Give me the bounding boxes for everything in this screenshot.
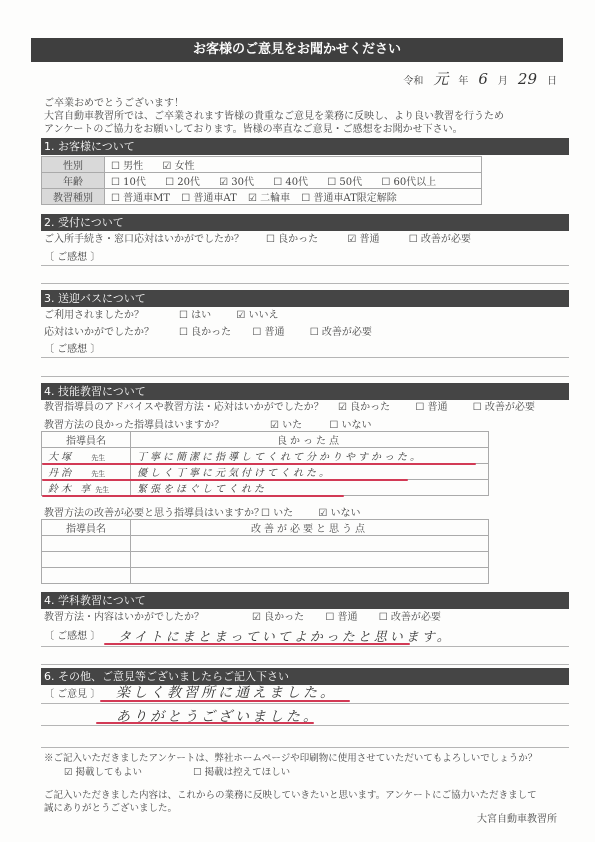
date-day: 29	[518, 70, 537, 88]
skill-good-checkbox[interactable]: ☑ 良かった	[338, 401, 390, 414]
bus-good-checkbox[interactable]: ☐ 良かった	[179, 326, 231, 339]
age-10s-checkbox[interactable]: ☐ 10代	[111, 173, 146, 188]
table-row	[42, 552, 489, 568]
bus-normal-checkbox[interactable]: ☐ 普通	[252, 326, 284, 339]
age-40s-checkbox[interactable]: ☐ 40代	[273, 173, 308, 188]
section2-options: ☐ 良かった ☑ 普通 ☐ 改善が必要	[266, 233, 487, 246]
instructor-name-cell[interactable]: 鈴木 享先生	[42, 480, 131, 496]
reception-good-checkbox[interactable]: ☐ 良かった	[266, 233, 318, 246]
section3-comment-line-2[interactable]	[41, 376, 569, 377]
section6-rule-2	[41, 725, 569, 726]
intro-line-3: アンケートのご協力をお願いしております。皆様の率直なご意見・ご感想をお聞かせ下さ…	[44, 123, 463, 136]
publish-deny-checkbox[interactable]: ☐ 掲載は控えてほしい	[193, 766, 290, 779]
bus-improve-checkbox[interactable]: ☐ 改善が必要	[310, 326, 372, 339]
section3-q1: ご利用されましたか？	[44, 309, 144, 322]
instructor-name-cell[interactable]	[42, 568, 131, 584]
publish-options: ☑ 掲載してもよい ☐ 掲載は控えてほしい	[64, 766, 306, 779]
section5-question: 教習方法・内容はいかがでしたか？	[44, 611, 204, 624]
section3-header: 3. 送迎バスについて	[41, 290, 569, 307]
section5-comment-line-2	[41, 664, 569, 665]
good-table-header-name: 指導員名	[42, 432, 131, 448]
skill-improve-checkbox[interactable]: ☐ 改善が必要	[473, 401, 535, 414]
improve-table-header-name: 指導員名	[42, 520, 131, 536]
publish-allow-checkbox[interactable]: ☑ 掲載してもよい	[64, 766, 142, 779]
red-underline-1	[42, 463, 476, 465]
section5-options: ☑ 良かった ☐ 普通 ☐ 改善が必要	[252, 611, 457, 624]
section3-q2: 応対はいかがでしたか？	[44, 326, 154, 339]
table-row: 丹治 先生 優しく丁寧に元気付けてくれた。	[42, 464, 489, 480]
section2-question: ご入所手続き・窓口応対はいかがでしたか？	[44, 233, 244, 246]
section5-comment-label: 〔 ご感想 〕	[44, 630, 100, 643]
reception-improve-checkbox[interactable]: ☐ 改善が必要	[409, 233, 471, 246]
good-point-cell[interactable]: 丁寧に簡潔に指導してくれて分かりやすかった。	[131, 448, 489, 464]
red-underline-6	[96, 722, 314, 724]
bus-yes-checkbox[interactable]: ☐ はい	[179, 309, 211, 322]
form-title: お客様のご意見をお聞かせください	[31, 38, 563, 62]
publish-question: ※ご記入いただきましたアンケートは、弊社ホームページや印刷物に使用させていただい…	[44, 752, 537, 765]
course-at-checkbox[interactable]: ☐ 普通車AT	[181, 189, 237, 204]
instructor-name-cell[interactable]	[42, 536, 131, 552]
improve-instructor-table: 指導員名 改善が必要と思う点	[41, 519, 489, 584]
closing-line-2: 誠にありがとうございました。	[44, 802, 177, 815]
intro-line-2: 大宮自動車教習所では、ご卒業されます皆様の貴重なご意見を業務に反映し、より良い教…	[44, 110, 504, 123]
section2-comment-line-2[interactable]	[41, 283, 569, 284]
section3-comment-line-1[interactable]	[41, 357, 569, 358]
course-motorcycle-checkbox[interactable]: ☑ 二輪車	[248, 189, 290, 204]
improve-table-header-point: 改善が必要と思う点	[131, 520, 489, 536]
section5-header: 4. 学科教習について	[41, 592, 569, 609]
bus-no-checkbox[interactable]: ☑ いいえ	[236, 309, 278, 322]
age-50s-checkbox[interactable]: ☐ 50代	[327, 173, 362, 188]
table-row: 大塚 先生 丁寧に簡潔に指導してくれて分かりやすかった。	[42, 448, 489, 464]
red-underline-3	[42, 495, 344, 497]
instructor-name-cell[interactable]: 大塚 先生	[42, 448, 131, 464]
improve-point-cell[interactable]	[131, 568, 489, 584]
red-underline-4	[104, 643, 410, 645]
section1-header: 1. お客様について	[41, 138, 569, 155]
row-age: 年齢 ☐ 10代 ☐ 20代 ☑ 30代 ☐ 40代 ☐ 50代 ☐ 60代以上	[42, 173, 482, 189]
good-table-header-point: 良かった点	[131, 432, 489, 448]
intro-line-1: ご卒業おめでとうございます！	[44, 97, 184, 110]
section4-header: 4. 技能教習について	[41, 383, 569, 400]
label-age: 年齢	[42, 173, 105, 189]
section2-header: 2. 受付について	[41, 214, 569, 231]
improve-table-header: 指導員名 改善が必要と思う点	[42, 520, 489, 536]
course-mt-checkbox[interactable]: ☐ 普通車MT	[111, 189, 170, 204]
gender-male-checkbox[interactable]: ☐ 男性	[111, 157, 143, 172]
class-good-checkbox[interactable]: ☑ 良かった	[252, 611, 304, 624]
good-point-cell[interactable]: 緊張をほぐしてくれた	[131, 480, 489, 496]
instructor-name-cell[interactable]: 丹治 先生	[42, 464, 131, 480]
signature: 大宮自動車教習所	[477, 813, 557, 826]
section2-comment-label: 〔 ご感想 〕	[44, 251, 100, 264]
customer-table: 性別 ☐ 男性 ☑ 女性 年齢 ☐ 10代 ☐ 20代 ☑ 30代 ☐ 40代 …	[41, 156, 482, 205]
section5-comment-line-1	[41, 646, 569, 647]
section4-q1: 教習指導員のアドバイスや教習方法・応対はいかがでしたか？	[44, 401, 324, 414]
row-course: 教習種別 ☐ 普通車MT ☐ 普通車AT ☑ 二輪車 ☐ 普通車AT限定解除	[42, 189, 482, 205]
good-point-cell[interactable]: 優しく丁寧に元気付けてくれた。	[131, 464, 489, 480]
improve-point-cell[interactable]	[131, 536, 489, 552]
date: 令和元年6月29日	[403, 68, 557, 89]
gender-female-checkbox[interactable]: ☑ 女性	[162, 157, 194, 172]
label-course: 教習種別	[42, 189, 105, 205]
red-underline-5	[100, 700, 350, 702]
section2-comment-line-1[interactable]	[41, 265, 569, 266]
date-month: 6	[478, 70, 488, 88]
section6-comment-label: 〔 ご意見 〕	[44, 688, 100, 701]
reception-normal-checkbox[interactable]: ☑ 普通	[347, 233, 379, 246]
age-20s-checkbox[interactable]: ☐ 20代	[165, 173, 200, 188]
age-60s-checkbox[interactable]: ☐ 60代以上	[381, 173, 436, 188]
closing-line-1: ご記入いただきました内容は、これからの業務に反映していきたいと思います。アンケー…	[44, 789, 537, 802]
class-normal-checkbox[interactable]: ☐ 普通	[325, 611, 357, 624]
section6-comment-line-1[interactable]: 楽しく教習所に通えました。	[116, 682, 337, 702]
instructor-name-cell[interactable]	[42, 552, 131, 568]
improve-point-cell[interactable]	[131, 552, 489, 568]
section3-comment-label: 〔 ご感想 〕	[44, 343, 100, 356]
date-year: 元	[433, 70, 448, 88]
table-row: 鈴木 享先生 緊張をほぐしてくれた	[42, 480, 489, 496]
table-row	[42, 568, 489, 584]
red-underline-2	[42, 479, 408, 481]
table-row	[42, 536, 489, 552]
skill-normal-checkbox[interactable]: ☐ 普通	[415, 401, 447, 414]
section3-q2-options: ☐ 良かった ☐ 普通 ☐ 改善が必要	[179, 326, 388, 339]
course-at-release-checkbox[interactable]: ☐ 普通車AT限定解除	[301, 189, 397, 204]
label-gender: 性別	[42, 157, 105, 173]
age-30s-checkbox[interactable]: ☑ 30代	[219, 173, 254, 188]
row-gender: 性別 ☐ 男性 ☑ 女性	[42, 157, 482, 173]
section6-rule-3	[41, 747, 569, 748]
section6-rule-1	[41, 703, 569, 704]
good-table-header: 指導員名 良かった点	[42, 432, 489, 448]
date-era: 令和	[403, 76, 423, 87]
section3-q1-options: ☐ はい ☑ いいえ	[179, 309, 295, 322]
section4-q1-options: ☑ 良かった ☐ 普通 ☐ 改善が必要	[338, 401, 551, 414]
class-improve-checkbox[interactable]: ☐ 改善が必要	[379, 611, 441, 624]
